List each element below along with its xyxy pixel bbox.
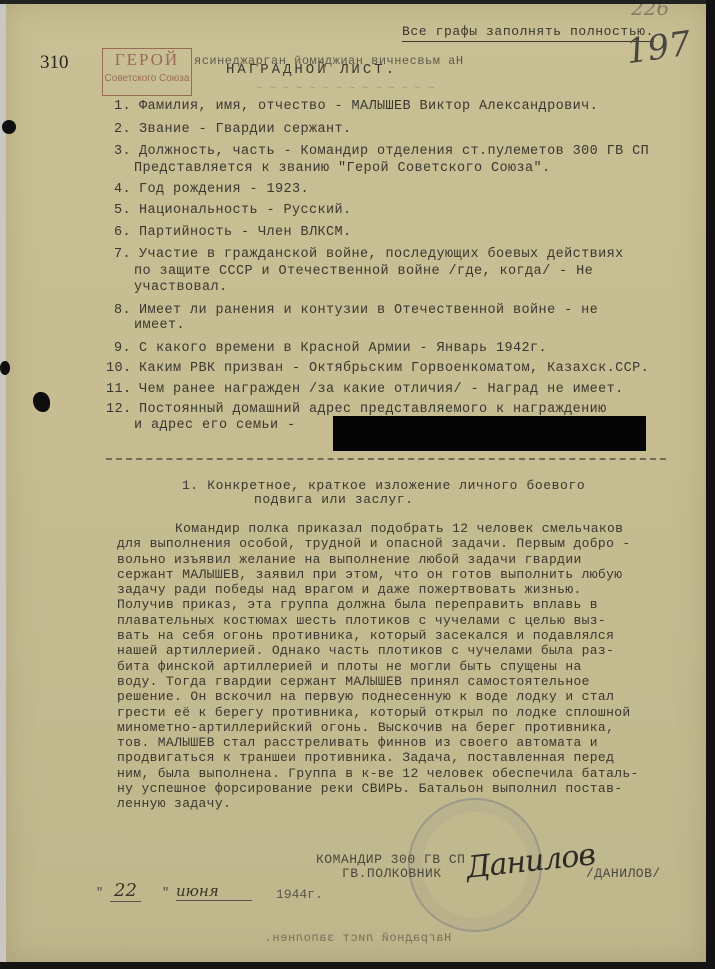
- field-number: 10.: [106, 361, 132, 376]
- field-number: 3.: [114, 144, 131, 159]
- field-number: 1.: [114, 99, 131, 114]
- field-text: Год рождения - 1923.: [139, 182, 309, 197]
- field-number: 12.: [106, 402, 132, 417]
- date-month: июня: [176, 882, 252, 901]
- field-number: 6.: [114, 225, 131, 240]
- date-day: 22: [110, 880, 141, 902]
- scan-frame: 226 Все графы заполнять полностью. 197 3…: [0, 0, 715, 969]
- handwritten-corner-number: 197: [624, 24, 694, 73]
- field-text: и адрес его семьи -: [134, 418, 296, 433]
- field-text: Партийность - Член ВЛКСМ.: [139, 225, 352, 240]
- narrative-line: задачу ради победы над врагом и даже пож…: [117, 582, 706, 597]
- field-text: Представляется к званию "Герой Советског…: [134, 161, 551, 176]
- signer-name: /ДАНИЛОВ/: [586, 866, 661, 881]
- narrative-line: тов. МАЛЫШЕВ стал расстреливать финнов и…: [117, 735, 706, 750]
- narrative-line: вать на себя огонь противника, который з…: [117, 628, 706, 643]
- field-text: Должность, часть - Командир отделения ст…: [139, 144, 649, 159]
- page-number: 310: [40, 52, 69, 74]
- field-number: 9.: [114, 341, 131, 356]
- field-text: Постоянный домашний адрес представляемог…: [139, 402, 607, 417]
- narrative-line: плавательных костюмах шесть плотиков с ч…: [117, 613, 706, 628]
- narrative-line: нашей артиллерией. Однако часть плотиков…: [117, 643, 706, 658]
- narrative-line: продвигаться к траншеи противника. Задач…: [117, 750, 706, 765]
- narrative-line: воду. Тогда гвардии сержант МАЛЫШЕВ прин…: [117, 674, 706, 689]
- section-title-line2: подвига или заслуг.: [254, 492, 414, 507]
- quote-mark: ": [162, 886, 169, 900]
- field-text: Фамилия, имя, отчество - МАЛЫШЕВ Виктор …: [139, 99, 598, 114]
- narrative-line: вольно изъявил желание на выполнение люб…: [117, 552, 706, 567]
- hero-stamp: ГЕРОЙ Советского Союза: [102, 48, 192, 96]
- field-text: участвовал.: [134, 280, 228, 295]
- stamp-line-1: ГЕРОЙ: [103, 49, 191, 71]
- redaction-bar: [333, 416, 646, 451]
- field-text: Национальность - Русский.: [139, 203, 352, 218]
- narrative-line: для выполнения особой, трудной и опасной…: [117, 536, 706, 551]
- separator-line: [106, 458, 666, 460]
- field-text: С какого времени в Красной Армии - Январ…: [139, 341, 547, 356]
- punch-hole: [33, 392, 50, 412]
- field-number: 2.: [114, 122, 131, 137]
- field-number: 8.: [114, 303, 131, 318]
- narrative-line: сержант МАЛЫШЕВ, заявил при этом, что он…: [117, 567, 706, 582]
- field-text: по защите СССР и Отечественной войне /гд…: [134, 264, 593, 279]
- field-text: Участие в гражданской войне, последующих…: [139, 247, 624, 262]
- quote-mark: ": [96, 886, 103, 900]
- field-text: имеет.: [134, 318, 185, 333]
- bleed-through-text: ~ ~ ~ ~ ~ ~ ~ ~ ~ ~ ~ ~ ~ ~: [256, 83, 434, 95]
- narrative-text: Командир полка приказал подобрать 12 чел…: [117, 521, 706, 812]
- stamp-line-2: Советского Союза: [103, 71, 191, 87]
- field-text: Имеет ли ранения и контузии в Отечествен…: [139, 303, 598, 318]
- narrative-line: ленную задачу.: [117, 796, 706, 811]
- signer-rank: ГВ.ПОЛКОВНИК: [342, 866, 442, 881]
- punch-hole: [2, 120, 16, 134]
- award-sheet-page: 226 Все графы заполнять полностью. 197 3…: [6, 4, 706, 962]
- punch-hole: [0, 361, 10, 375]
- date-year: 1944г.: [276, 887, 323, 902]
- header-note: Все графы заполнять полностью.: [402, 24, 654, 42]
- narrative-line: ним, была выполнена. Группа в к-ве 12 че…: [117, 766, 706, 781]
- mirrored-bleed-through: Наградной лист заполнен.: [264, 931, 451, 945]
- narrative-line: бита финской артиллерией и плоты не могл…: [117, 659, 706, 674]
- narrative-line: грести её к берегу противника, который о…: [117, 705, 706, 720]
- section-title-line1: 1. Конкретное, краткое изложение личного…: [182, 478, 585, 493]
- archive-number: 226: [631, 4, 669, 20]
- narrative-line: решение. Он вскочил на первую поднесенну…: [117, 689, 706, 704]
- narrative-line: ну успешное форсирование реки СВИРЬ. Бат…: [117, 781, 706, 796]
- field-number: 4.: [114, 182, 131, 197]
- narrative-line: минометно-артиллерийский огонь. Выскочив…: [117, 720, 706, 735]
- signer-title: КОМАНДИР 300 ГВ СП: [316, 852, 465, 867]
- scan-edge-right: [706, 0, 715, 969]
- field-number: 5.: [114, 203, 131, 218]
- document-title: НАГРАДНОЙ ЛИСТ.: [226, 62, 397, 78]
- narrative-line: Получив приказ, эта группа должна была п…: [117, 597, 706, 612]
- scan-edge-bottom: [0, 962, 715, 969]
- field-text: Каким РВК призван - Октябрьским Горвоенк…: [139, 361, 649, 376]
- field-text: Звание - Гвардии сержант.: [139, 122, 352, 137]
- field-number: 7.: [114, 247, 131, 262]
- field-number: 11.: [106, 382, 132, 397]
- narrative-line: Командир полка приказал подобрать 12 чел…: [117, 521, 706, 536]
- field-text: Чем ранее награжден /за какие отличия/ -…: [139, 382, 624, 397]
